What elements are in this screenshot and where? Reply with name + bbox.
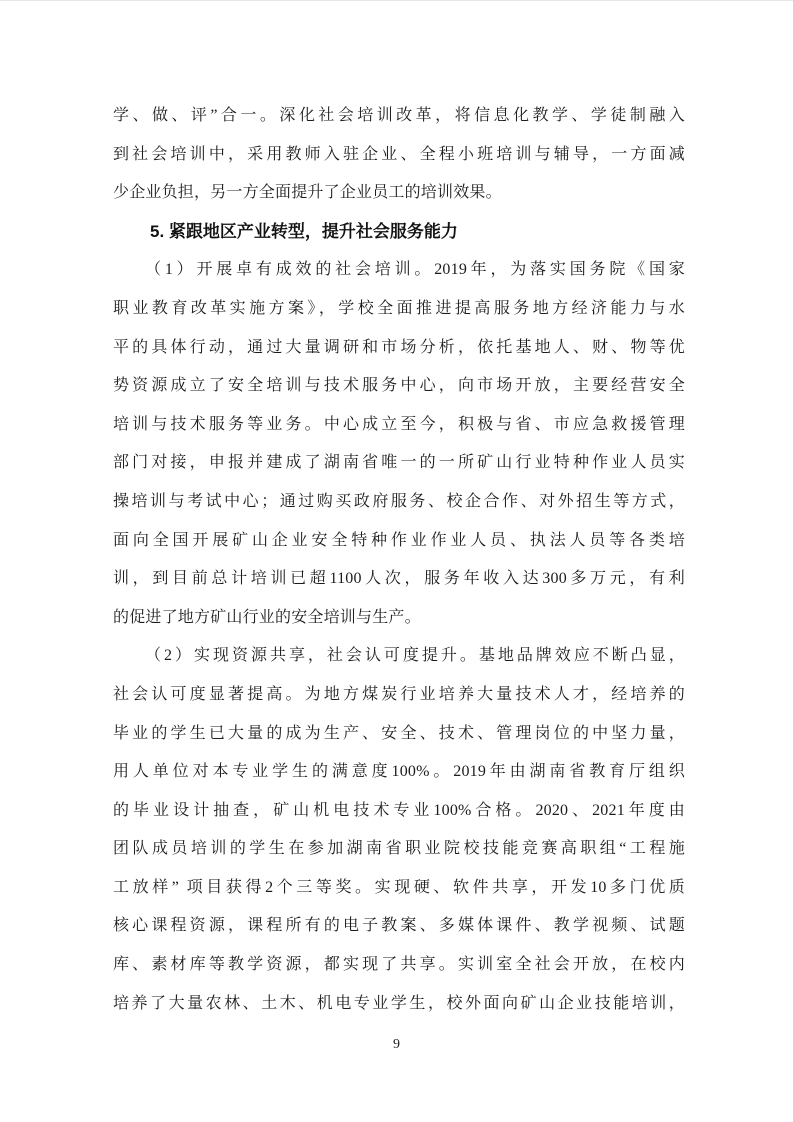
text-line: 操培训与考试中心；通过购买政府服务、校企合作、对外招生等方式，	[113, 483, 685, 522]
page-number: 9	[0, 1035, 793, 1055]
text-line: 学、做、评”合一。深化社会培训改革，将信息化教学、学徒制融入	[113, 97, 685, 136]
text-line: 用人单位对本专业学生的满意度100%。2019年由湖南省教育厅组织	[113, 753, 685, 792]
text-line: 工放样” 项目获得2个三等奖。实现硬、软件共享，开发10多门优质	[113, 869, 685, 908]
text-line: 库、素材库等教学资源，都实现了共享。实训室全社会开放，在校内	[113, 946, 685, 985]
text-line: 毕业的学生已大量的成为生产、安全、技术、管理岗位的中坚力量，	[113, 715, 685, 754]
text-line: （1）开展卓有成效的社会培训。2019年，为落实国务院《国家	[113, 251, 685, 290]
text-line: 的毕业设计抽查，矿山机电技术专业100%合格。2020、2021年度由	[113, 792, 685, 831]
text-line: 职业教育改革实施方案》，学校全面推进提高服务地方经济能力与水	[113, 290, 685, 329]
text-line: 的促进了地方矿山行业的安全培训与生产。	[113, 599, 685, 638]
text-line: 社会认可度显著提高。为地方煤炭行业培养大量技术人才，经培养的	[113, 676, 685, 715]
text-line: 团队成员培训的学生在参加湖南省职业院校技能竞赛高职组“工程施	[113, 830, 685, 869]
text-line: 培训与技术服务等业务。中心成立至今，积极与省、市应急救援管理	[113, 406, 685, 445]
text-line: 训，到目前总计培训已超1100人次，服务年收入达300多万元，有利	[113, 560, 685, 599]
text-line: 势资源成立了安全培训与技术服务中心，向市场开放，主要经营安全	[113, 367, 685, 406]
section-heading: 5. 紧跟地区产业转型，提升社会服务能力	[113, 213, 685, 252]
page-content: 学、做、评”合一。深化社会培训改革，将信息化教学、学徒制融入 到社会培训中，采用…	[113, 97, 685, 1023]
text-line: 面向全国开展矿山企业安全特种作业作业人员、执法人员等各类培	[113, 522, 685, 561]
text-line: 部门对接，申报并建成了湖南省唯一的一所矿山行业特种作业人员实	[113, 444, 685, 483]
text-line: 核心课程资源，课程所有的电子教案、多媒体课件、教学视频、试题	[113, 907, 685, 946]
document-page: 学、做、评”合一。深化社会培训改革，将信息化教学、学徒制融入 到社会培训中，采用…	[0, 0, 793, 1122]
text-line: （2）实现资源共享，社会认可度提升。基地品牌效应不断凸显，	[113, 637, 685, 676]
text-line: 平的具体行动，通过大量调研和市场分析，依托基地人、财、物等优	[113, 329, 685, 368]
text-line: 到社会培训中，采用教师入驻企业、全程小班培训与辅导，一方面减	[113, 136, 685, 175]
text-line: 培养了大量农林、土木、机电专业学生，校外面向矿山企业技能培训，	[113, 985, 685, 1024]
text-line: 少企业负担，另一方全面提升了企业员工的培训效果。	[113, 174, 685, 213]
